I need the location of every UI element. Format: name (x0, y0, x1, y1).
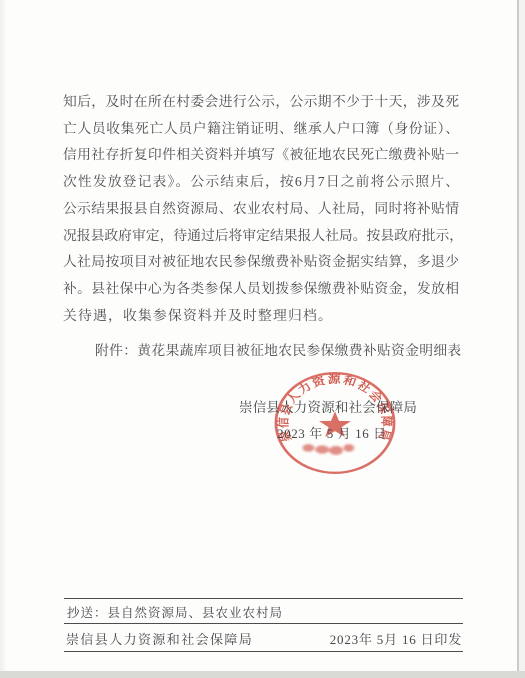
text-line: 补。县社保中心为各类参保人员划拨参保缴费补贴资金，发放相 (63, 276, 459, 303)
text-line: 次性发放登记表》。公示结束后，按6月7日之前将公示照片、 (63, 169, 459, 196)
scan-edge-right-strip (519, 0, 525, 678)
document-page: 知后，及时在所在村委会进行公示，公示期不少于十天，涉及死亡人员收集死亡人员户籍注… (0, 0, 525, 678)
scan-edge-right-line (517, 0, 519, 678)
footer-issuer-name: 崇信县人力资源和社会保障局 (66, 629, 253, 648)
footer-copy-line: 抄送：县自然资源局、县农业农村局 (67, 603, 463, 621)
text-line: 知后，及时在所在村委会进行公示，公示期不少于十天，涉及死 (63, 89, 459, 116)
body-text: 知后，及时在所在村委会进行公示，公示期不少于十天，涉及死亡人员收集死亡人员户籍注… (63, 89, 459, 329)
text-line: 人社局按项目对被征地农民参保缴费补贴资金据实结算，多退少 (63, 249, 459, 276)
text-line-last: 关待遇，收集参保资料并及时整理归档。 (63, 303, 459, 330)
footer-issuer-row: 崇信县人力资源和社会保障局 2023年 5月 16 日印发 (66, 629, 462, 648)
signature-date: 2023 年 5 月 16 日 (277, 423, 387, 442)
attachment-line: 附件：黄花果蔬库项目被征地农民参保缴费补贴资金明细表 (95, 339, 495, 359)
text-line: 信用社存折复印件相关资料并填写《被征地农民死亡缴费补贴一 (63, 142, 459, 169)
text-line: 公示结果报县自然资源局、农业农村局、人社局，同时将补贴情 (63, 196, 459, 223)
footer-rule-middle (64, 623, 463, 624)
text-line: 况报县政府审定，待通过后将审定结果报人社局。按县政府批示， (63, 223, 459, 250)
scan-edge-bottom (0, 671, 525, 678)
seal-bottom-smudge (303, 444, 355, 455)
scan-edge-left (0, 0, 7, 678)
paragraph-lines: 知后，及时在所在村委会进行公示，公示期不少于十天，涉及死亡人员收集死亡人员户籍注… (63, 89, 459, 303)
footer-rule-top (64, 598, 463, 599)
text-line: 亡人员收集死亡人员户籍注销证明、继承人户口簿（身份证）、 (63, 116, 459, 143)
footer-rule-bottom (64, 651, 463, 652)
signature-agency: 崇信县人力资源和社会保障局 (239, 396, 417, 416)
footer-print-date: 2023年 5月 16 日印发 (330, 629, 462, 648)
